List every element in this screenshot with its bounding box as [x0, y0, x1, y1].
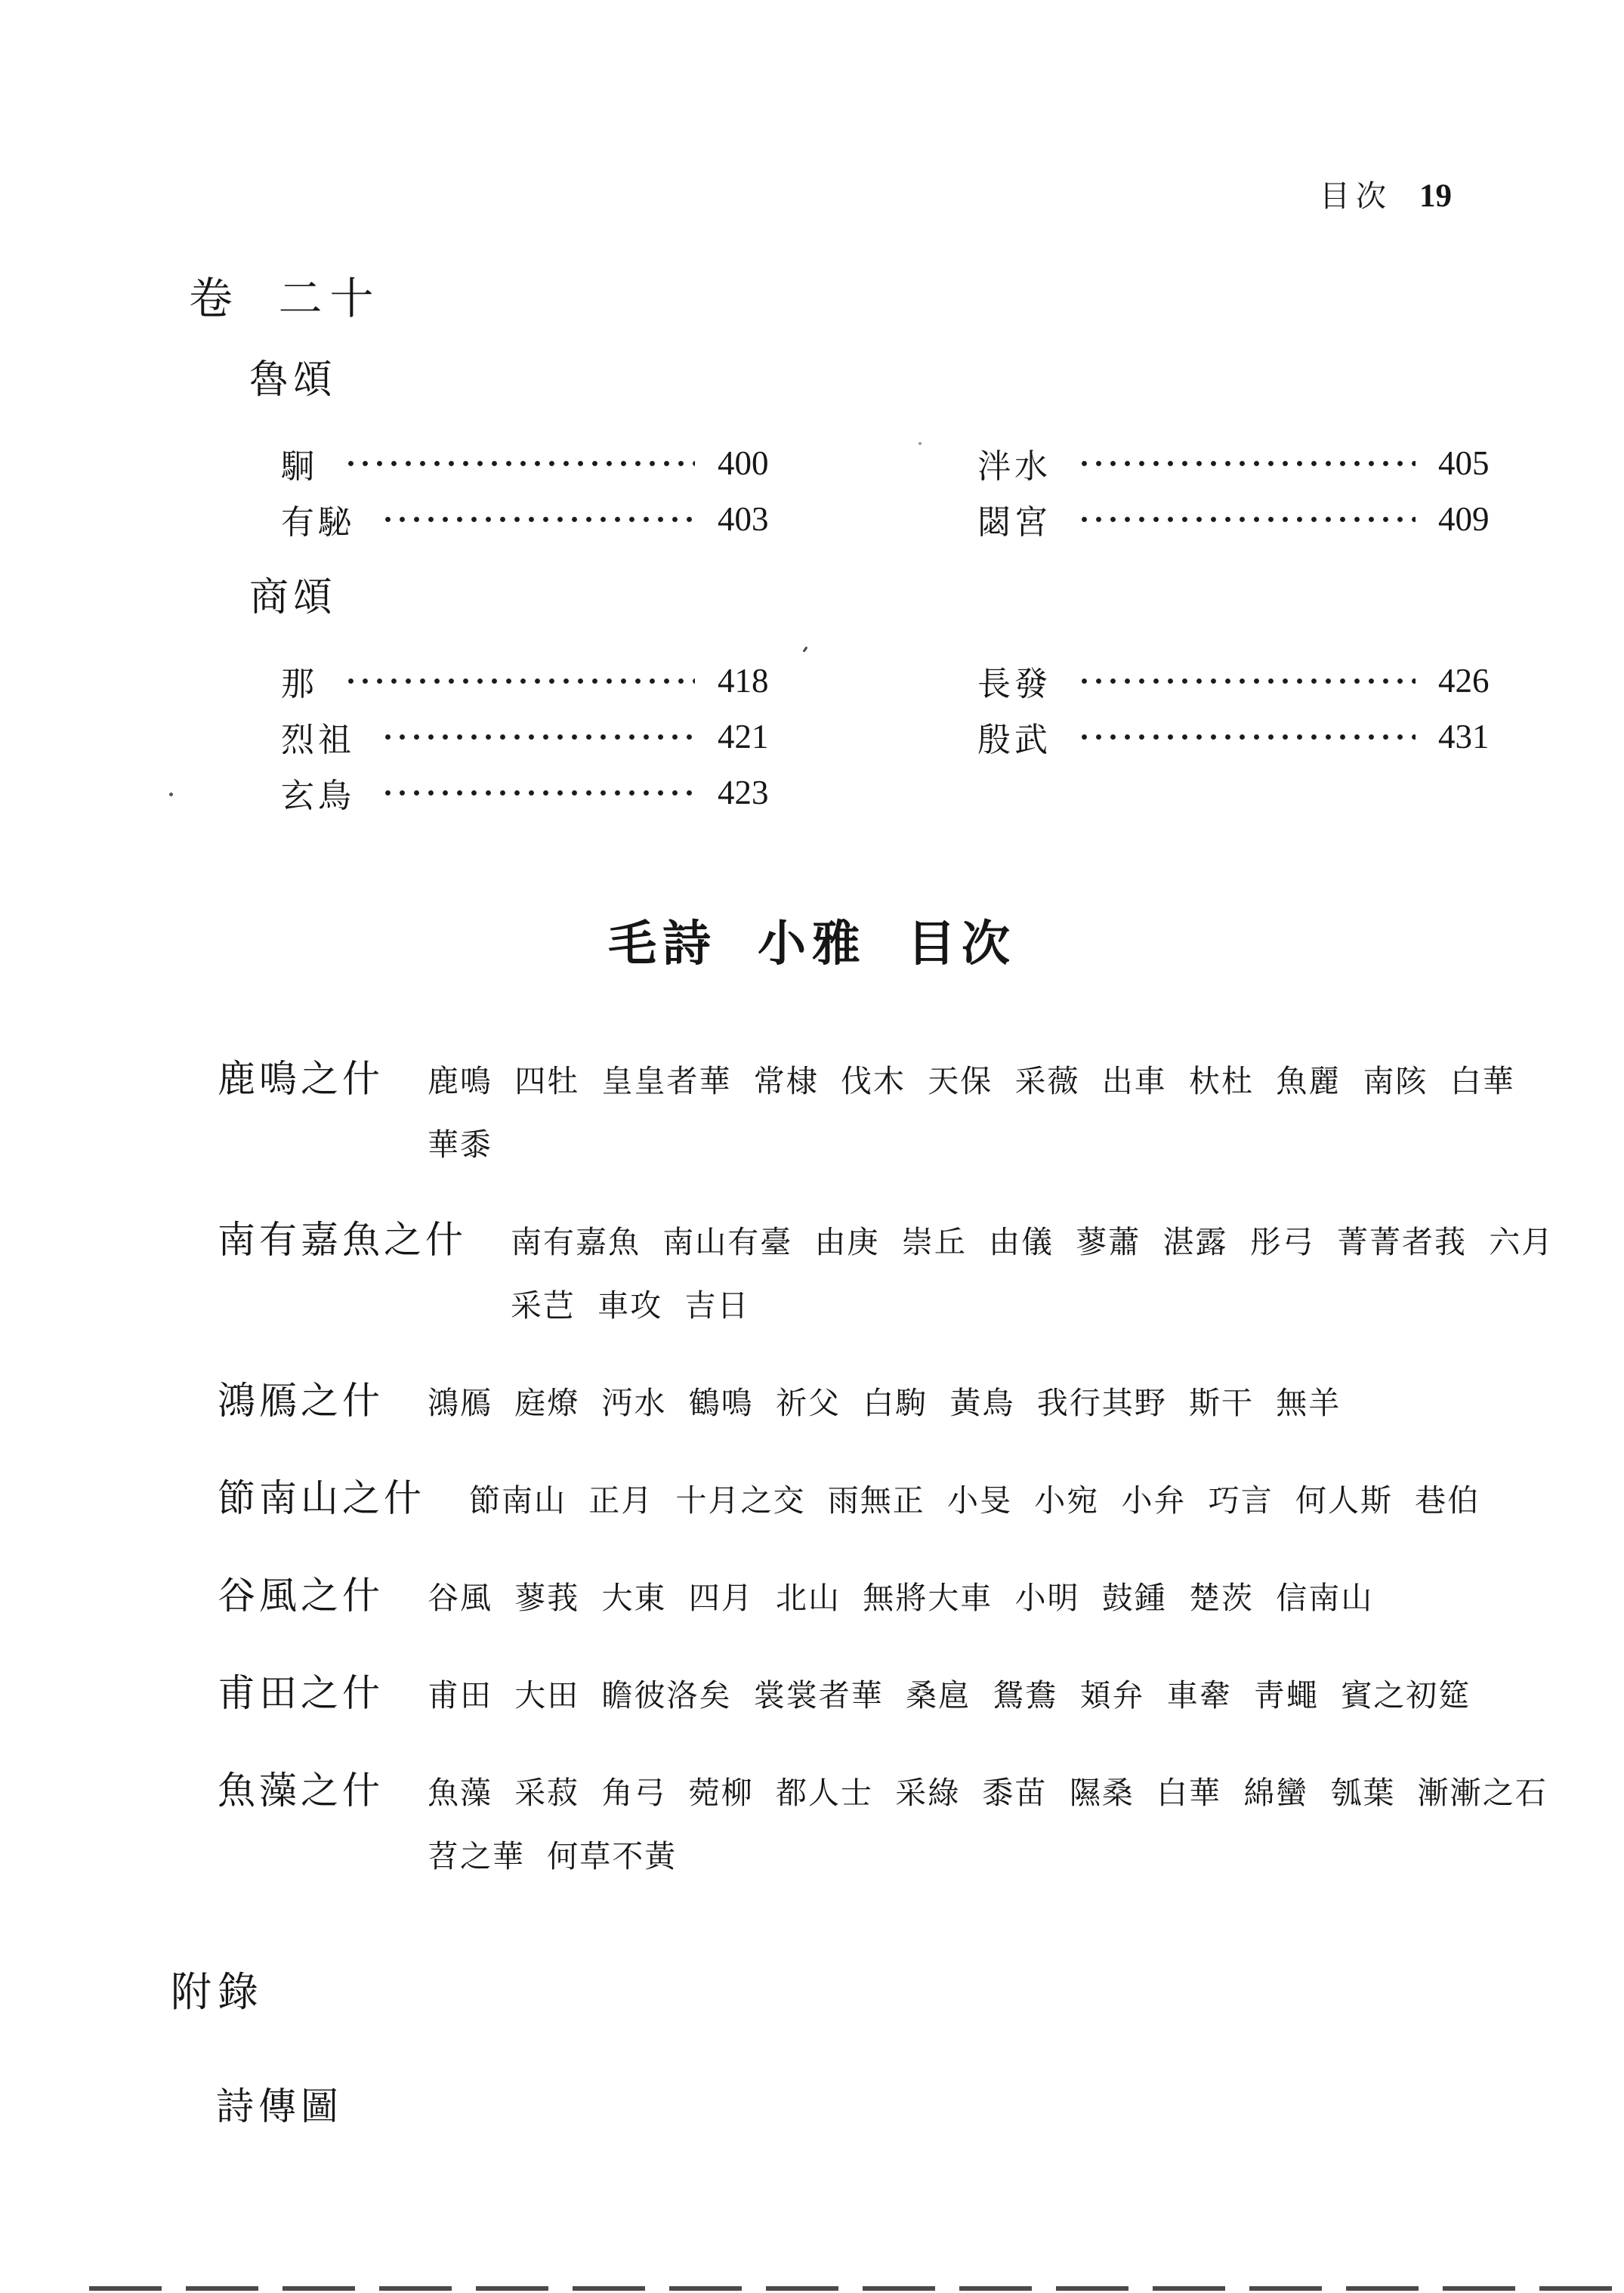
scanned-book-page: 目次 19 卷 二十 魯頌 駉 400 有駜 403 泮水	[0, 0, 1624, 2293]
shi-section-hongyan: 鴻鴈之什 鴻鴈 庭燎 沔水 鶴鳴 祈父 白駒 黃鳥 我行其野 斯干 無羊	[218, 1371, 1520, 1435]
toc-entry-title: 長發	[977, 657, 1051, 705]
dot-leader	[1077, 653, 1416, 709]
shi-section-label: 魚藻之什	[218, 1760, 384, 1815]
shi-poem-line: 華黍	[428, 1113, 1520, 1176]
section-name: 魯頌	[249, 361, 1514, 400]
toc-columns: 那 418 烈祖 421 玄鳥 423 長發	[281, 653, 1514, 820]
shi-poem-list: 鹿鳴 四牡 皇皇者華 常棣 伐木 天保 采薇 出車 杕杜 魚麗 南陔 白華 華黍	[428, 1049, 1520, 1176]
dot-leader	[381, 709, 695, 765]
toc-entry-title: 泮水	[977, 439, 1051, 487]
section-lu-song: 魯頌 駉 400 有駜 403 泮水 405	[249, 361, 1514, 547]
toc-entry-page: 421	[712, 717, 792, 756]
shi-poem-list: 谷風 蓼莪 大東 四月 北山 無將大車 小明 鼓鍾 楚茨 信南山	[428, 1566, 1520, 1630]
scan-speck	[919, 442, 922, 445]
dot-leader	[381, 765, 695, 820]
scan-speck	[169, 793, 173, 796]
volume-heading: 卷 二十	[189, 263, 381, 326]
shi-section-label: 甫田之什	[218, 1663, 384, 1717]
dot-leader	[1077, 435, 1416, 491]
shi-poem-line: 采芑 車攻 吉日	[511, 1274, 1554, 1337]
toc-entry-page: 418	[712, 661, 792, 700]
toc-entry-page: 423	[712, 773, 792, 812]
appendix-item-shichuantu: 詩傳圖	[216, 2076, 343, 2131]
toc-entry-page: 405	[1432, 443, 1512, 483]
scan-artifact-line	[89, 2286, 1624, 2291]
shi-poem-line: 節南山 正月 十月之交 雨無正 小旻 小宛 小弁 巧言 何人斯 巷伯	[469, 1469, 1520, 1532]
shi-section-gufeng: 谷風之什 谷風 蓼莪 大東 四月 北山 無將大車 小明 鼓鍾 楚茨 信南山	[218, 1565, 1520, 1630]
toc-entry: 閟宮 409	[977, 491, 1512, 547]
dot-leader	[1077, 709, 1416, 765]
shi-poem-line: 鴻鴈 庭燎 沔水 鶴鳴 祈父 白駒 黃鳥 我行其野 斯干 無羊	[428, 1371, 1520, 1435]
toc-columns: 駉 400 有駜 403 泮水 405 閟宮	[281, 435, 1514, 547]
toc-entry-page: 403	[712, 499, 792, 539]
toc-entry-title: 閟宮	[977, 495, 1051, 543]
toc-column-right: 泮水 405 閟宮 409	[977, 435, 1512, 547]
shi-poem-list: 節南山 正月 十月之交 雨無正 小旻 小宛 小弁 巧言 何人斯 巷伯	[469, 1469, 1520, 1532]
dot-leader	[381, 491, 695, 547]
toc-entry-title: 那	[281, 657, 318, 705]
shi-poem-line: 鹿鳴 四牡 皇皇者華 常棣 伐木 天保 采薇 出車 杕杜 魚麗 南陔 白華	[428, 1049, 1520, 1113]
shi-section-label: 鹿鳴之什	[218, 1049, 384, 1103]
toc-entry: 玄鳥 423	[281, 765, 792, 820]
shi-poem-line: 谷風 蓼莪 大東 四月 北山 無將大車 小明 鼓鍾 楚茨 信南山	[428, 1566, 1520, 1630]
shi-section-yuzao: 魚藻之什 魚藻 采菽 角弓 菀柳 都人士 采綠 黍苗 隰桑 白華 綿蠻 瓠葉 漸…	[218, 1760, 1520, 1888]
toc-entry-title: 有駜	[281, 495, 355, 543]
dot-leader	[344, 435, 695, 491]
shi-section-nanyoujiayu: 南有嘉魚之什 南有嘉魚 南山有臺 由庚 崇丘 由儀 蓼蕭 湛露 彤弓 菁菁者莪 …	[218, 1210, 1520, 1337]
appendix-heading: 附錄	[171, 1960, 264, 2018]
dot-leader	[344, 653, 695, 709]
toc-entry-title: 烈祖	[281, 712, 355, 761]
toc-entry-title: 駉	[281, 439, 318, 487]
toc-entry-page: 400	[712, 443, 792, 483]
toc-entry-title: 殷武	[977, 712, 1051, 761]
shi-poem-line: 南有嘉魚 南山有臺 由庚 崇丘 由儀 蓼蕭 湛露 彤弓 菁菁者莪 六月	[511, 1210, 1554, 1274]
toc-entry-page: 426	[1432, 661, 1512, 700]
xiaoya-main-title: 毛詩 小雅 目次	[0, 905, 1624, 975]
toc-entry: 泮水 405	[977, 435, 1512, 491]
shi-section-futian: 甫田之什 甫田 大田 瞻彼洛矣 裳裳者華 桑扈 鴛鴦 頍弁 車舝 靑蠅 賓之初筵	[218, 1663, 1520, 1727]
dot-leader	[1077, 491, 1416, 547]
toc-column-left: 駉 400 有駜 403	[281, 435, 792, 547]
shi-poem-list: 甫田 大田 瞻彼洛矣 裳裳者華 桑扈 鴛鴦 頍弁 車舝 靑蠅 賓之初筵	[428, 1664, 1520, 1727]
shi-poem-list: 鴻鴈 庭燎 沔水 鶴鳴 祈父 白駒 黃鳥 我行其野 斯干 無羊	[428, 1371, 1520, 1435]
shi-section-jienanshan: 節南山之什 節南山 正月 十月之交 雨無正 小旻 小宛 小弁 巧言 何人斯 巷伯	[218, 1468, 1520, 1532]
shi-section-label: 鴻鴈之什	[218, 1371, 384, 1425]
section-name: 商頌	[249, 579, 1514, 618]
toc-entry: 殷武 431	[977, 709, 1512, 765]
toc-entry-page: 431	[1432, 717, 1512, 756]
toc-entry: 有駜 403	[281, 491, 792, 547]
toc-entry: 烈祖 421	[281, 709, 792, 765]
shi-poem-line: 甫田 大田 瞻彼洛矣 裳裳者華 桑扈 鴛鴦 頍弁 車舝 靑蠅 賓之初筵	[428, 1664, 1520, 1727]
toc-entry: 駉 400	[281, 435, 792, 491]
toc-column-left: 那 418 烈祖 421 玄鳥 423	[281, 653, 792, 820]
shi-poem-line: 苕之華 何草不黃	[428, 1825, 1548, 1888]
shi-poem-list: 南有嘉魚 南山有臺 由庚 崇丘 由儀 蓼蕭 湛露 彤弓 菁菁者莪 六月 采芑 車…	[511, 1210, 1554, 1337]
toc-entry: 那 418	[281, 653, 792, 709]
page-header: 目次 19	[1320, 172, 1452, 215]
shi-poem-list: 魚藻 采菽 角弓 菀柳 都人士 采綠 黍苗 隰桑 白華 綿蠻 瓠葉 漸漸之石 苕…	[428, 1761, 1548, 1888]
shi-section-luming: 鹿鳴之什 鹿鳴 四牡 皇皇者華 常棣 伐木 天保 采薇 出車 杕杜 魚麗 南陔 …	[218, 1049, 1520, 1176]
toc-column-right: 長發 426 殷武 431	[977, 653, 1512, 820]
shi-poem-line: 魚藻 采菽 角弓 菀柳 都人士 采綠 黍苗 隰桑 白華 綿蠻 瓠葉 漸漸之石	[428, 1761, 1548, 1825]
header-section-label: 目次	[1320, 172, 1392, 215]
toc-entry: 長發 426	[977, 653, 1512, 709]
section-shang-song: 商頌 那 418 烈祖 421 玄鳥 423	[249, 579, 1514, 820]
shi-section-label: 節南山之什	[218, 1468, 425, 1522]
xiaoya-sections: 鹿鳴之什 鹿鳴 四牡 皇皇者華 常棣 伐木 天保 采薇 出車 杕杜 魚麗 南陔 …	[218, 1049, 1520, 1921]
toc-entry-page: 409	[1432, 499, 1512, 539]
header-page-number: 19	[1419, 178, 1452, 215]
shi-section-label: 南有嘉魚之什	[218, 1210, 467, 1264]
shi-section-label: 谷風之什	[218, 1565, 384, 1620]
toc-entry-title: 玄鳥	[281, 768, 355, 817]
